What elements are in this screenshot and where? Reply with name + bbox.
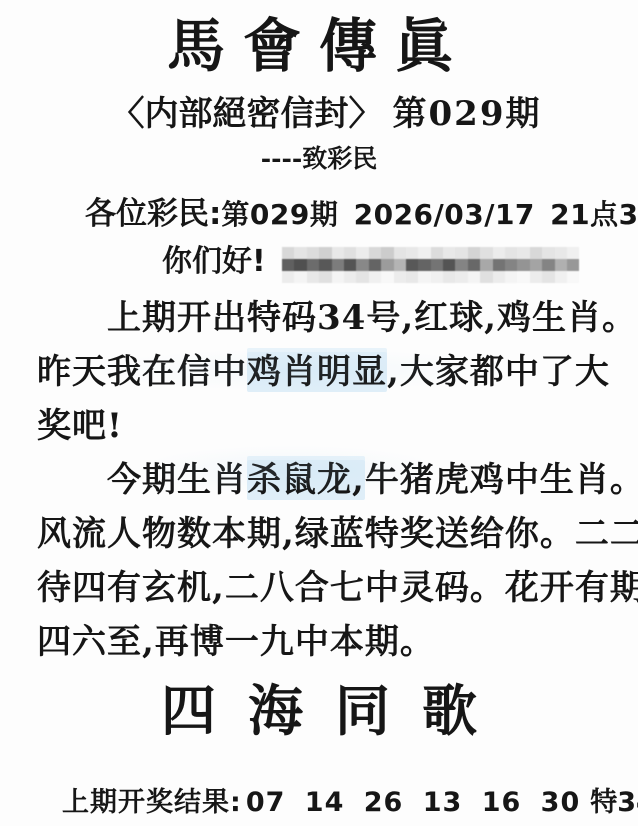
- body-text-segment: 四六至,再博一九中本期。: [37, 622, 435, 662]
- body-line: 上期开出特码34号,红球,鸡生肖。: [37, 292, 618, 346]
- result-special-number: 特34: [590, 787, 638, 818]
- document-title: 馬會傳眞: [0, 6, 638, 86]
- hello-line: 你们好!: [162, 236, 266, 280]
- salutation-text: 各位彩民:: [85, 196, 221, 232]
- result-numbers: 07 14 26 13 16 30: [246, 787, 580, 818]
- body-line: 今期生肖杀鼠龙,牛猪虎鸡中生肖。: [37, 454, 618, 508]
- greeting-line: 各位彩民:第029期 2026/03/17 21点32分 星期二: [85, 188, 638, 233]
- anthem-section: 四海同歌: [0, 676, 638, 746]
- subtitle-bracketed-text: 〈内部絕密信封〉: [111, 94, 383, 134]
- body-line: 昨天我在信中鸡肖明显,大家都中了大: [37, 346, 618, 400]
- letter-body: 上期开出特码34号,红球,鸡生肖。 昨天我在信中鸡肖明显,大家都中了大 奖吧! …: [37, 292, 618, 670]
- result-label: 上期开奖结果:: [62, 787, 242, 818]
- body-text-segment: 待四有玄机,二八合七中灵码。花开有期: [37, 568, 638, 608]
- issue-date-time: 第029期 2026/03/17 21点32分 星期二: [221, 198, 638, 231]
- highlighted-text-segment: 鸡肖明显: [247, 352, 387, 392]
- body-text-segment: 牛猪虎鸡中生肖。: [365, 460, 638, 500]
- previous-draw-result: 上期开奖结果:07 14 26 13 16 30特34: [62, 780, 638, 819]
- body-line: 待四有玄机,二八合七中灵码。花开有期: [37, 562, 618, 616]
- body-text-segment: 昨天我在信中: [37, 352, 247, 392]
- dedication-line: ----致彩民: [0, 142, 638, 176]
- body-text-segment: 今期生肖: [107, 460, 247, 500]
- anthem-title: 四海同歌: [161, 676, 509, 746]
- body-line: 风流人物数本期,绿蓝特奖送给你。二二: [37, 508, 618, 562]
- body-text-segment: ,大家都中了大: [387, 352, 610, 392]
- highlighted-text-segment: 杀鼠龙,: [247, 460, 365, 500]
- body-line: 奖吧!: [37, 400, 618, 454]
- fax-document-page: 馬會傳眞 〈内部絕密信封〉第029期 ----致彩民 各位彩民:第029期 20…: [0, 0, 638, 826]
- body-text-segment: 奖吧!: [37, 406, 123, 446]
- body-text-segment: 风流人物数本期,绿蓝特奖送给你。二二: [37, 514, 638, 554]
- body-line: 四六至,再博一九中本期。: [37, 616, 618, 670]
- issue-number: 第029期: [393, 94, 542, 134]
- censored-contact-blur: [282, 247, 580, 283]
- document-subtitle: 〈内部絕密信封〉第029期: [0, 90, 638, 138]
- body-text-segment: 上期开出特码34号,红球,鸡生肖。: [107, 298, 637, 338]
